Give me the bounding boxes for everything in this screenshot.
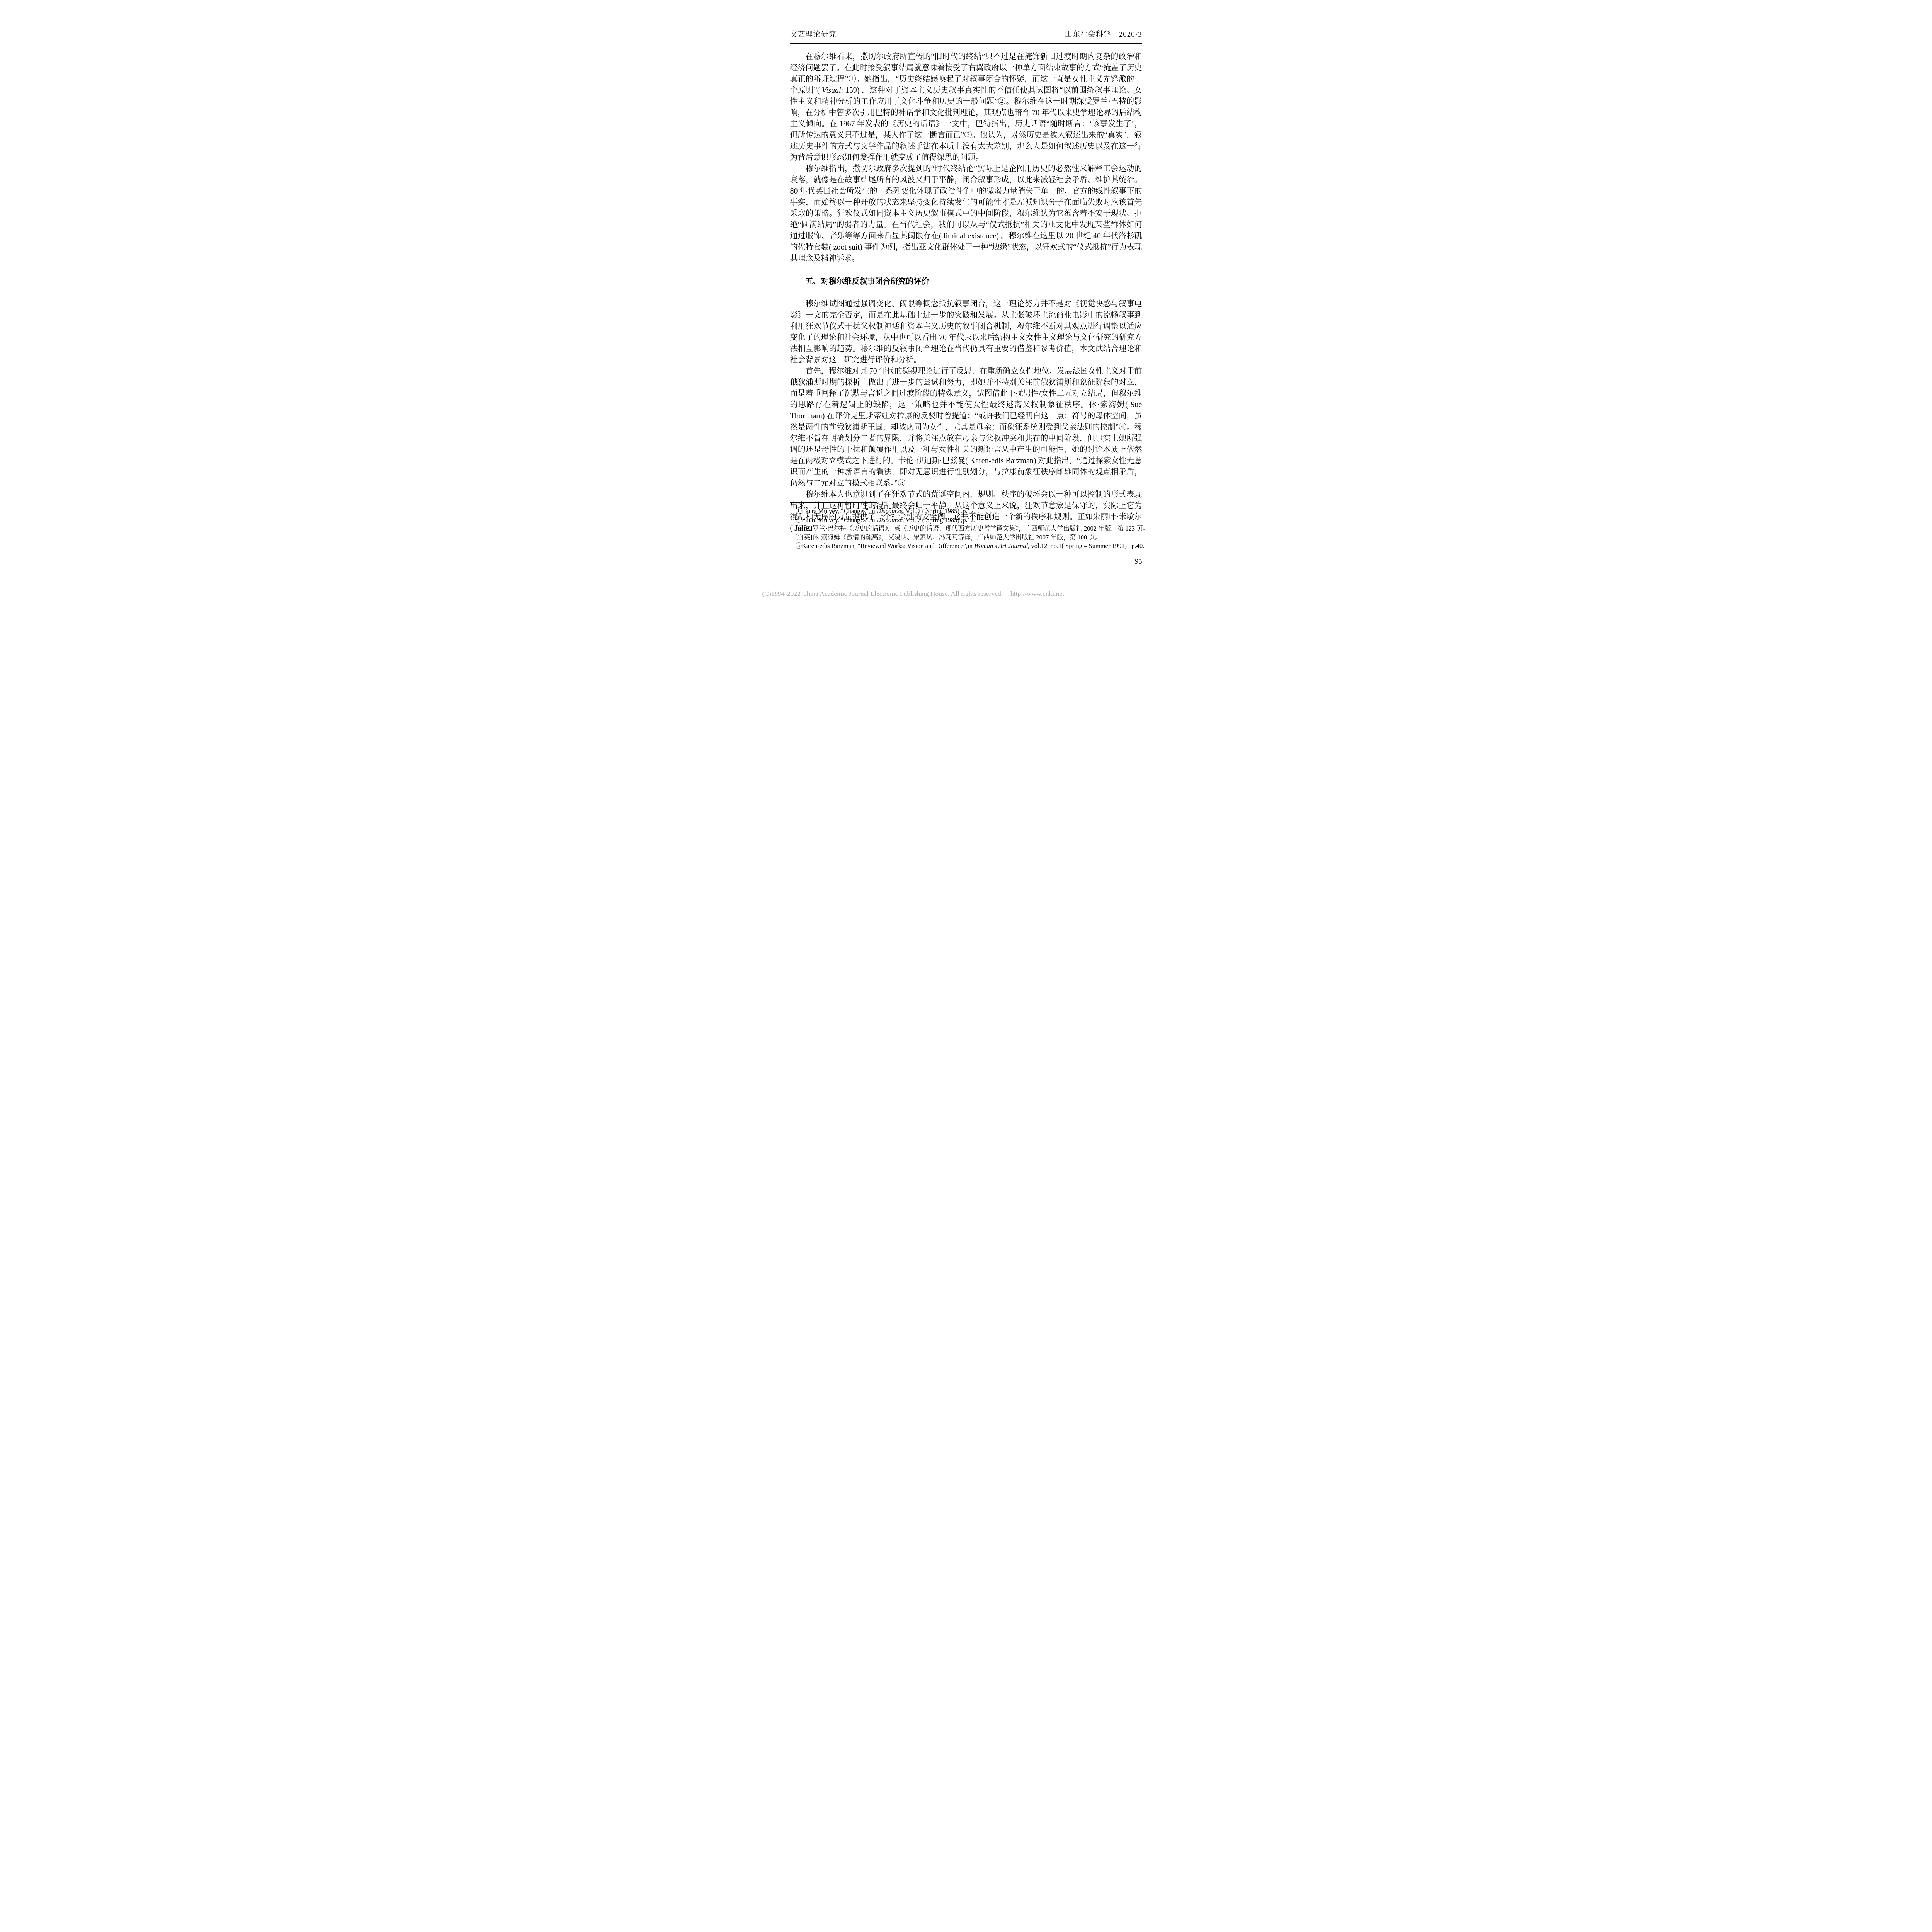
text-segment: , Vol. 7 ( Spring 1985) ,p.12. xyxy=(903,516,976,524)
paragraph: 穆尔维试图通过强调变化、阈限等概念抵抗叙事闭合，这一理论努力并不是对《视觉快感与… xyxy=(790,299,1142,366)
footnote: ①Laura Mulvey, “Changes”,in Discourse, V… xyxy=(796,507,1142,516)
footer: (C)1994-2022 China Academic Journal Elec… xyxy=(762,590,1170,598)
footnote: ③[法]罗兰·巴尔特《历史的话语》，载《历史的话语：现代西方历史哲学译文集》，广… xyxy=(796,524,1142,533)
paragraph: 穆尔维指出，撒切尔政府多次提到的“时代终结论”实际上是企图用历史的必然性来解释工… xyxy=(790,163,1142,264)
journal-issue-title: 山东社会科学 2020·3 xyxy=(1065,29,1142,39)
page-header: 文艺理论研究 山东社会科学 2020·3 xyxy=(790,29,1142,39)
italic-text-segment: Visual xyxy=(822,86,841,95)
text-segment: ③[法]罗兰·巴尔特《历史的话语》，载《历史的话语：现代西方历史哲学译文集》，广… xyxy=(796,525,1150,532)
text-segment: , vol.12, no.1( Spring – Summer 1991) , … xyxy=(1028,542,1144,549)
text-segment: ④[英]休·索海姆《激情的疏离》，艾晓明、宋素风、冯芃芃等译，广西师范大学出版社… xyxy=(796,534,1102,541)
journal-page: 文艺理论研究 山东社会科学 2020·3 在穆尔维看来，撒切尔政府所宣传的“旧时… xyxy=(752,0,1181,607)
italic-text-segment: Woman’s Art Journal xyxy=(974,542,1028,549)
paragraph: 在穆尔维看来，撒切尔政府所宣传的“旧时代的终结”只不过是在掩饰新旧过渡时期内复杂… xyxy=(790,51,1142,163)
italic-text-segment: Discourse xyxy=(877,516,903,524)
italic-text-segment: Discourse xyxy=(877,507,903,515)
footer-copyright: (C)1994-2022 China Academic Journal Elec… xyxy=(762,590,1003,597)
paragraph: 首先，穆尔维对其 70 年代的凝视理论进行了反思，在重新确立女性地位、发展法国女… xyxy=(790,366,1142,489)
header-rule xyxy=(790,43,1142,44)
article-body: 在穆尔维看来，撒切尔政府所宣传的“旧时代的终结”只不过是在掩饰新旧过渡时期内复杂… xyxy=(790,51,1142,534)
text-segment: : 159) ，这种对于资本主义历史叙事真实性的不信任使其试图将“以前围绕叙事理… xyxy=(790,86,1142,162)
footnote: ⑤Karen-edis Barzman, “Reviewed Works: Vi… xyxy=(796,542,1142,551)
text-segment: 穆尔维试图通过强调变化、阈限等概念抵抗叙事闭合，这一理论努力并不是对《视觉快感与… xyxy=(790,300,1142,364)
footnotes-list: ①Laura Mulvey, “Changes”,in Discourse, V… xyxy=(796,507,1142,551)
footnote-separator xyxy=(790,502,877,503)
footnote: ②Laura Mulvey, “Changes”,in Discourse, V… xyxy=(796,516,1142,525)
journal-column-title: 文艺理论研究 xyxy=(790,29,837,39)
text-segment: , Vol. 7 ( Spring 1985) ,p.12. xyxy=(903,507,976,515)
text-segment: ②Laura Mulvey, “Changes”,in xyxy=(796,516,877,524)
text-segment: 穆尔维指出，撒切尔政府多次提到的“时代终结论”实际上是企图用历史的必然性来解释工… xyxy=(790,165,1142,263)
section-heading: 五、对穆尔维反叙事闭合研究的评价 xyxy=(790,276,1142,287)
footnote: ④[英]休·索海姆《激情的疏离》，艾晓明、宋素风、冯芃芃等译，广西师范大学出版社… xyxy=(796,533,1142,542)
text-segment: ⑤Karen-edis Barzman, “Reviewed Works: Vi… xyxy=(796,542,975,549)
footer-url: http://www.cnki.net xyxy=(1010,590,1064,597)
page-number: 95 xyxy=(1135,558,1142,566)
text-segment: 首先，穆尔维对其 70 年代的凝视理论进行了反思，在重新确立女性地位、发展法国女… xyxy=(790,367,1142,488)
text-segment: ①Laura Mulvey, “Changes”,in xyxy=(796,507,877,515)
